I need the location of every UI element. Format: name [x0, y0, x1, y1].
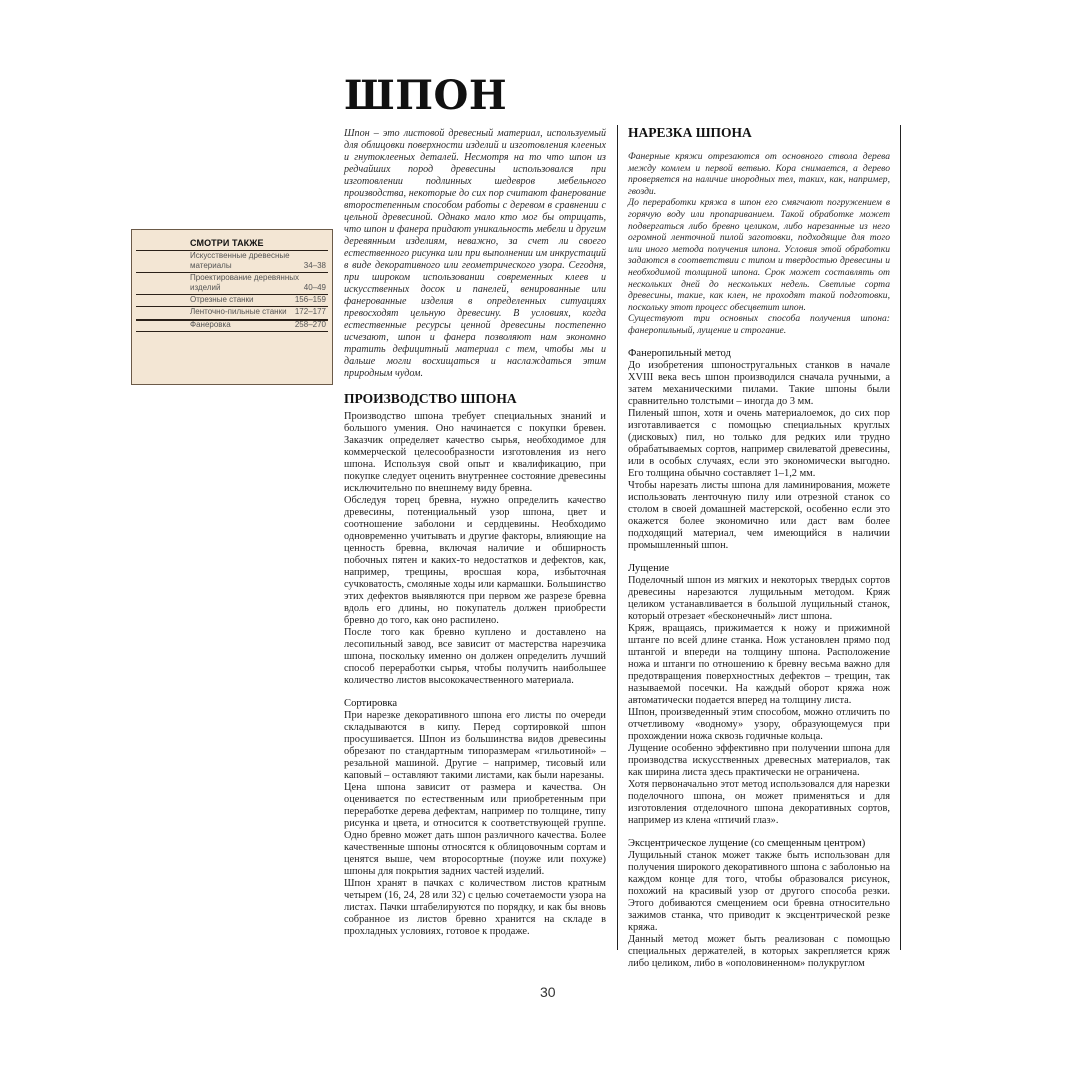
body-paragraph: Цена шпона зависит от размера и качества…: [344, 782, 606, 878]
body-paragraph: Чтобы нарезать листы шпона для ламиниров…: [628, 480, 890, 552]
page-number: 30: [540, 984, 556, 1000]
see-also-item-pages: 34–38: [304, 261, 326, 271]
see-also-heading: СМОТРИ ТАКЖЕ: [190, 238, 264, 248]
see-also-item[interactable]: Искусственные древесные материалы 34–38: [190, 251, 326, 271]
subsection-heading: Лущение: [628, 563, 890, 575]
body-paragraph: Производство шпона требует специальных з…: [344, 411, 606, 495]
left-column: Шпон – это листовой древесный материал, …: [344, 128, 606, 938]
intro-paragraph: До переработки кряжа в шпон его смягчают…: [628, 197, 890, 313]
subsection-heading: Сортировка: [344, 698, 606, 710]
see-also-item-label: Проектирование деревянных изделий: [190, 273, 300, 293]
section-heading: ПРОИЗВОДСТВО ШПОНА: [344, 391, 606, 407]
intro-paragraph: Фанерные кряжи отрезаются от основного с…: [628, 151, 890, 197]
column-divider: [900, 125, 901, 950]
body-paragraph: При нарезке декоративного шпона его лист…: [344, 710, 606, 782]
body-paragraph: До изобретения шпоностругальных станков …: [628, 360, 890, 408]
intro-paragraph: Существуют три основных способа получени…: [628, 313, 890, 336]
body-paragraph: Лущение особенно эффективно при получени…: [628, 743, 890, 779]
body-paragraph: Хотя первоначально этот метод использова…: [628, 779, 890, 827]
see-also-item[interactable]: Отрезные станки 156–159: [190, 295, 326, 305]
body-paragraph: Шпон хранят в пачках с количеством листо…: [344, 878, 606, 938]
subsection-heading: Фанеропильный метод: [628, 348, 890, 360]
see-also-item[interactable]: Ленточно-пильные станки 172–177: [190, 307, 326, 317]
body-paragraph: Поделочный шпон из мягких и некоторых тв…: [628, 575, 890, 623]
see-also-item-label: Искусственные древесные материалы: [190, 251, 300, 271]
section-heading: НАРЕЗКА ШПОНА: [628, 125, 890, 141]
see-also-item[interactable]: Фанеровка 258–270: [190, 320, 326, 330]
body-paragraph: Шпон, произведенный этим способом, можно…: [628, 707, 890, 743]
body-paragraph: Пиленый шпон, хотя и очень материалоемок…: [628, 408, 890, 480]
see-also-item-pages: 258–270: [295, 320, 326, 330]
see-also-box: СМОТРИ ТАКЖЕ Искусственные древесные мат…: [131, 229, 333, 385]
right-column: НАРЕЗКА ШПОНА Фанерные кряжи отрезаются …: [628, 125, 890, 970]
body-paragraph: После того как бревно куплено и доставле…: [344, 627, 606, 687]
body-paragraph: Данный метод может быть реализован с пом…: [628, 934, 890, 970]
see-also-item-pages: 156–159: [295, 295, 326, 305]
body-paragraph: Лущильный станок может также быть исполь…: [628, 850, 890, 934]
intro-paragraph: Шпон – это листовой древесный материал, …: [344, 128, 606, 380]
see-also-item[interactable]: Проектирование деревянных изделий 40–49: [190, 273, 326, 293]
see-also-item-pages: 172–177: [295, 307, 326, 317]
body-paragraph: Обследуя торец бревна, нужно определить …: [344, 495, 606, 627]
page-title: ШПОН: [344, 72, 507, 120]
subsection-heading: Эксцентрическое лущение (со смещенным це…: [628, 838, 890, 850]
see-also-item-pages: 40–49: [304, 283, 326, 293]
body-paragraph: Кряж, вращаясь, прижимается к ножу и при…: [628, 623, 890, 707]
divider: [136, 331, 328, 332]
column-divider: [617, 125, 618, 950]
